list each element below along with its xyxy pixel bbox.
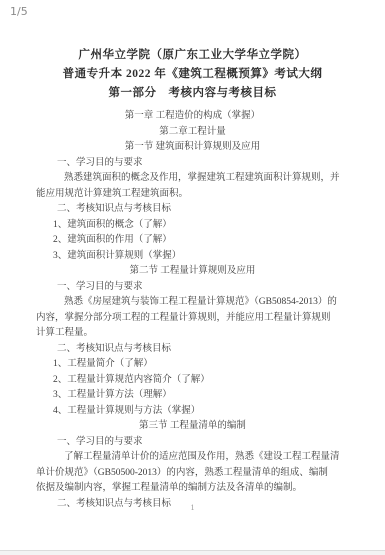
doc-line: 能应用规范计算建筑工程建筑面积。	[36, 187, 349, 203]
document-title: 广州华立学院（原广东工业大学华立学院）普通专升本 2022 年《建筑工程概预算》…	[0, 0, 385, 103]
doc-line: 第三节 工程量清单的编制	[36, 419, 349, 435]
doc-line: 计算工程量。	[36, 326, 349, 342]
doc-line: 二、考核知识点与考核目标	[36, 202, 349, 218]
doc-line: 了解工程量清单计价的适应范围及作用，熟悉《建设工程工程量清	[36, 450, 349, 466]
doc-line: 2、建筑面积的作用（了解）	[36, 233, 349, 249]
doc-line: 熟悉建筑面积的概念及作用，掌握建筑工程建筑面积计算规则，并	[36, 171, 349, 187]
doc-line: 4、工程量计算规则与方法（掌握）	[36, 404, 349, 420]
doc-line: 单计价规范》（GB50500-2013）的内容，熟悉工程量清单的组成、编制	[36, 466, 349, 482]
doc-line: 一、学习目的与要求	[36, 156, 349, 172]
doc-line: 3、工程量计算方法（理解）	[36, 388, 349, 404]
doc-line: 内容，掌握分部分项工程的工程量计算规则，并能应用工程量计算规则	[36, 311, 349, 327]
page-number-footer: 1	[0, 503, 385, 512]
doc-line: 第二节 工程量计算规则及应用	[36, 264, 349, 280]
doc-line: 二、考核知识点与考核目标	[36, 342, 349, 358]
doc-line: 依据及编制内容，掌握工程量清单的编制方法及各清单的编制。	[36, 481, 349, 497]
doc-line: 第一章 工程造价的构成（掌握）	[36, 109, 349, 125]
doc-title-line: 第一部分 考核内容与考核目标	[0, 84, 385, 103]
doc-line: 3、建筑面积计算规则（掌握）	[36, 249, 349, 265]
page-indicator: 1/5	[10, 5, 28, 18]
doc-title-line: 普通专升本 2022 年《建筑工程概预算》考试大纲	[0, 65, 385, 84]
doc-line: 熟悉《房屋建筑与装饰工程工程量计算规范》（GB50854-2013）的	[36, 295, 349, 311]
doc-line: 2、工程量计算规范内容简介（了解）	[36, 373, 349, 389]
doc-line: 1、工程量简介（了解）	[36, 357, 349, 373]
pdf-viewer: 1/5 广州华立学院（原广东工业大学华立学院）普通专升本 2022 年《建筑工程…	[0, 0, 385, 555]
document-body: 第一章 工程造价的构成（掌握）第二章工程计量第一节 建筑面积计算规则及应用一、学…	[36, 109, 349, 512]
doc-line: 一、学习目的与要求	[36, 435, 349, 451]
page-gap	[0, 550, 385, 555]
doc-title-line: 广州华立学院（原广东工业大学华立学院）	[0, 46, 385, 65]
doc-line: 一、学习目的与要求	[36, 280, 349, 296]
doc-line: 1、建筑面积的概念（了解）	[36, 218, 349, 234]
doc-line: 第一节 建筑面积计算规则及应用	[36, 140, 349, 156]
doc-line: 第二章工程计量	[36, 125, 349, 141]
document-page: 1/5 广州华立学院（原广东工业大学华立学院）普通专升本 2022 年《建筑工程…	[0, 0, 385, 550]
